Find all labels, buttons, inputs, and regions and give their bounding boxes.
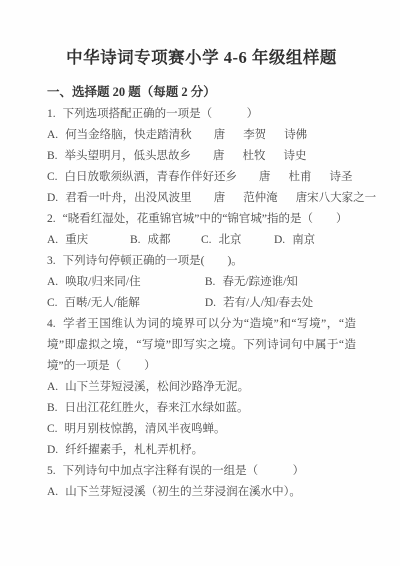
question-5: 5.下列诗句中加点字注释有误的一组是（ ） <box>47 461 356 482</box>
question-3-option-c: C.百啭/无人/能解 <box>47 293 202 314</box>
option-dynasty: 唐 <box>213 150 225 162</box>
option-label: A. <box>47 276 58 288</box>
option-dynasty: 唐 <box>214 192 226 204</box>
option-dynasty: 唐 <box>259 171 271 183</box>
exam-paper-page: 中华诗词专项赛小学 4-6 年级组样题 一、选择题 20 题（每题 2 分） 1… <box>0 0 400 566</box>
question-1-option-b: B.举头望明月，低头思故乡唐杜牧诗史 <box>47 146 356 167</box>
question-3-option-d: D.若有/人/知/春去处 <box>205 297 313 309</box>
option-poet: 杜甫 <box>289 171 312 183</box>
option-text: 南京 <box>292 234 315 246</box>
question-1-option-a: A.何当金络脑，快走踏清秋唐李贺诗佛 <box>47 125 356 146</box>
question-4: 4.学者王国维认为词的境界可以分为“造境”和“写境”，“造境”即虚拟之境，“写境… <box>47 314 356 377</box>
option-text: 日出江花红胜火，春来江水绿如蓝。 <box>65 402 249 414</box>
option-label: D. <box>47 444 58 456</box>
question-2-option-d: D.南京 <box>274 230 315 251</box>
section-heading: 一、选择题 20 题（每题 2 分） <box>47 83 356 101</box>
question-2-option-b: B.成都 <box>130 230 201 251</box>
option-label: A. <box>47 381 58 393</box>
option-label: D. <box>205 297 216 309</box>
option-verse: 君看一叶舟，出没风波里 <box>65 192 192 204</box>
option-dynasty: 唐 <box>214 129 226 141</box>
question-5-text: 下列诗句中加点字注释有误的一组是（ ） <box>63 465 305 477</box>
question-5-number: 5. <box>47 465 56 477</box>
question-4-option-d: D.纤纤擢素手，札札弄机杼。 <box>47 440 356 461</box>
option-text: 重庆 <box>65 234 88 246</box>
option-label: A. <box>47 129 58 141</box>
option-label: C. <box>47 171 58 183</box>
option-verse: 白日放歌须纵酒，青春作伴好还乡 <box>65 171 238 183</box>
option-epithet: 诗佛 <box>284 129 307 141</box>
option-label: B. <box>130 234 141 246</box>
option-text: 成都 <box>148 234 171 246</box>
option-label: C. <box>47 423 58 435</box>
question-1-option-d: D.君看一叶舟，出没风波里唐范仲淹唐宋八大家之一 <box>47 188 356 209</box>
option-poet: 范仲淹 <box>243 192 278 204</box>
question-1-number: 1. <box>47 108 56 120</box>
question-3-options-row-2: C.百啭/无人/能解 D.若有/人/知/春去处 <box>47 293 356 314</box>
question-2-option-c: C.北京 <box>201 230 274 251</box>
option-epithet: 诗史 <box>284 150 307 162</box>
question-3: 3.下列诗句停顿正确的一项是( )。 <box>47 251 356 272</box>
question-1-text: 下列选项搭配正确的一项是（ ） <box>63 108 259 120</box>
option-text: 春无/踪迹谁/知 <box>222 276 297 288</box>
option-label: A. <box>47 486 58 498</box>
question-3-option-a: A.唤取/归来同/住 <box>47 272 202 293</box>
option-verse: 何当金络脑，快走踏清秋 <box>65 129 192 141</box>
question-3-text: 下列诗句停顿正确的一项是( )。 <box>63 255 243 267</box>
option-epithet: 诗圣 <box>330 171 353 183</box>
question-4-number: 4. <box>47 318 56 330</box>
question-2-number: 2. <box>47 213 56 225</box>
option-text: 纤纤擢素手，札札弄机杼。 <box>65 444 203 456</box>
question-4-option-c: C.明月别枝惊鹊，清风半夜鸣蝉。 <box>47 419 356 440</box>
question-3-option-b: B.春无/踪迹谁/知 <box>205 276 298 288</box>
question-4-option-b: B.日出江花红胜火，春来江水绿如蓝。 <box>47 398 356 419</box>
question-1: 1.下列选项搭配正确的一项是（ ） <box>47 104 356 125</box>
question-2-text: “晓看红湿处，花重锦官城”中的“锦官城”指的是（ ） <box>63 213 348 225</box>
question-5-option-a: A.山下兰芽短浸溪（初生的兰芽浸润在溪水中）。 <box>47 482 356 503</box>
option-text: 若有/人/知/春去处 <box>223 297 313 309</box>
question-2-options: A.重庆 B.成都 C.北京 D.南京 <box>47 230 356 251</box>
question-3-options-row-1: A.唤取/归来同/住 B.春无/踪迹谁/知 <box>47 272 356 293</box>
option-text: 山下兰芽短浸溪，松间沙路净无泥。 <box>65 381 249 393</box>
option-text: 明月别枝惊鹊，清风半夜鸣蝉。 <box>65 423 226 435</box>
option-text: 山下兰芽短浸溪（初生的兰芽浸润在溪水中）。 <box>65 486 301 498</box>
option-label: B. <box>205 276 216 288</box>
option-label: C. <box>201 234 212 246</box>
page-title: 中华诗词专项赛小学 4-6 年级组样题 <box>37 46 366 70</box>
question-1-option-c: C.白日放歌须纵酒，青春作伴好还乡唐杜甫诗圣 <box>47 167 356 188</box>
option-text: 百啭/无人/能解 <box>65 297 140 309</box>
option-label: C. <box>47 297 58 309</box>
option-label: D. <box>47 192 58 204</box>
option-label: B. <box>47 150 58 162</box>
option-epithet: 唐宋八大家之一 <box>296 192 377 204</box>
option-label: A. <box>47 234 58 246</box>
option-label: B. <box>47 402 58 414</box>
question-2-option-a: A.重庆 <box>47 230 130 251</box>
question-4-option-a: A.山下兰芽短浸溪，松间沙路净无泥。 <box>47 377 356 398</box>
option-verse: 举头望明月，低头思故乡 <box>65 150 192 162</box>
option-label: D. <box>274 234 285 246</box>
question-4-text: 学者王国维认为词的境界可以分为“造境”和“写境”，“造境”即虚拟之境，“写境”即… <box>47 318 356 372</box>
option-text: 唤取/归来同/住 <box>65 276 140 288</box>
option-poet: 杜牧 <box>243 150 266 162</box>
question-2: 2.“晓看红湿处，花重锦官城”中的“锦官城”指的是（ ） <box>47 209 356 230</box>
question-3-number: 3. <box>47 255 56 267</box>
option-text: 北京 <box>219 234 242 246</box>
option-poet: 李贺 <box>243 129 266 141</box>
